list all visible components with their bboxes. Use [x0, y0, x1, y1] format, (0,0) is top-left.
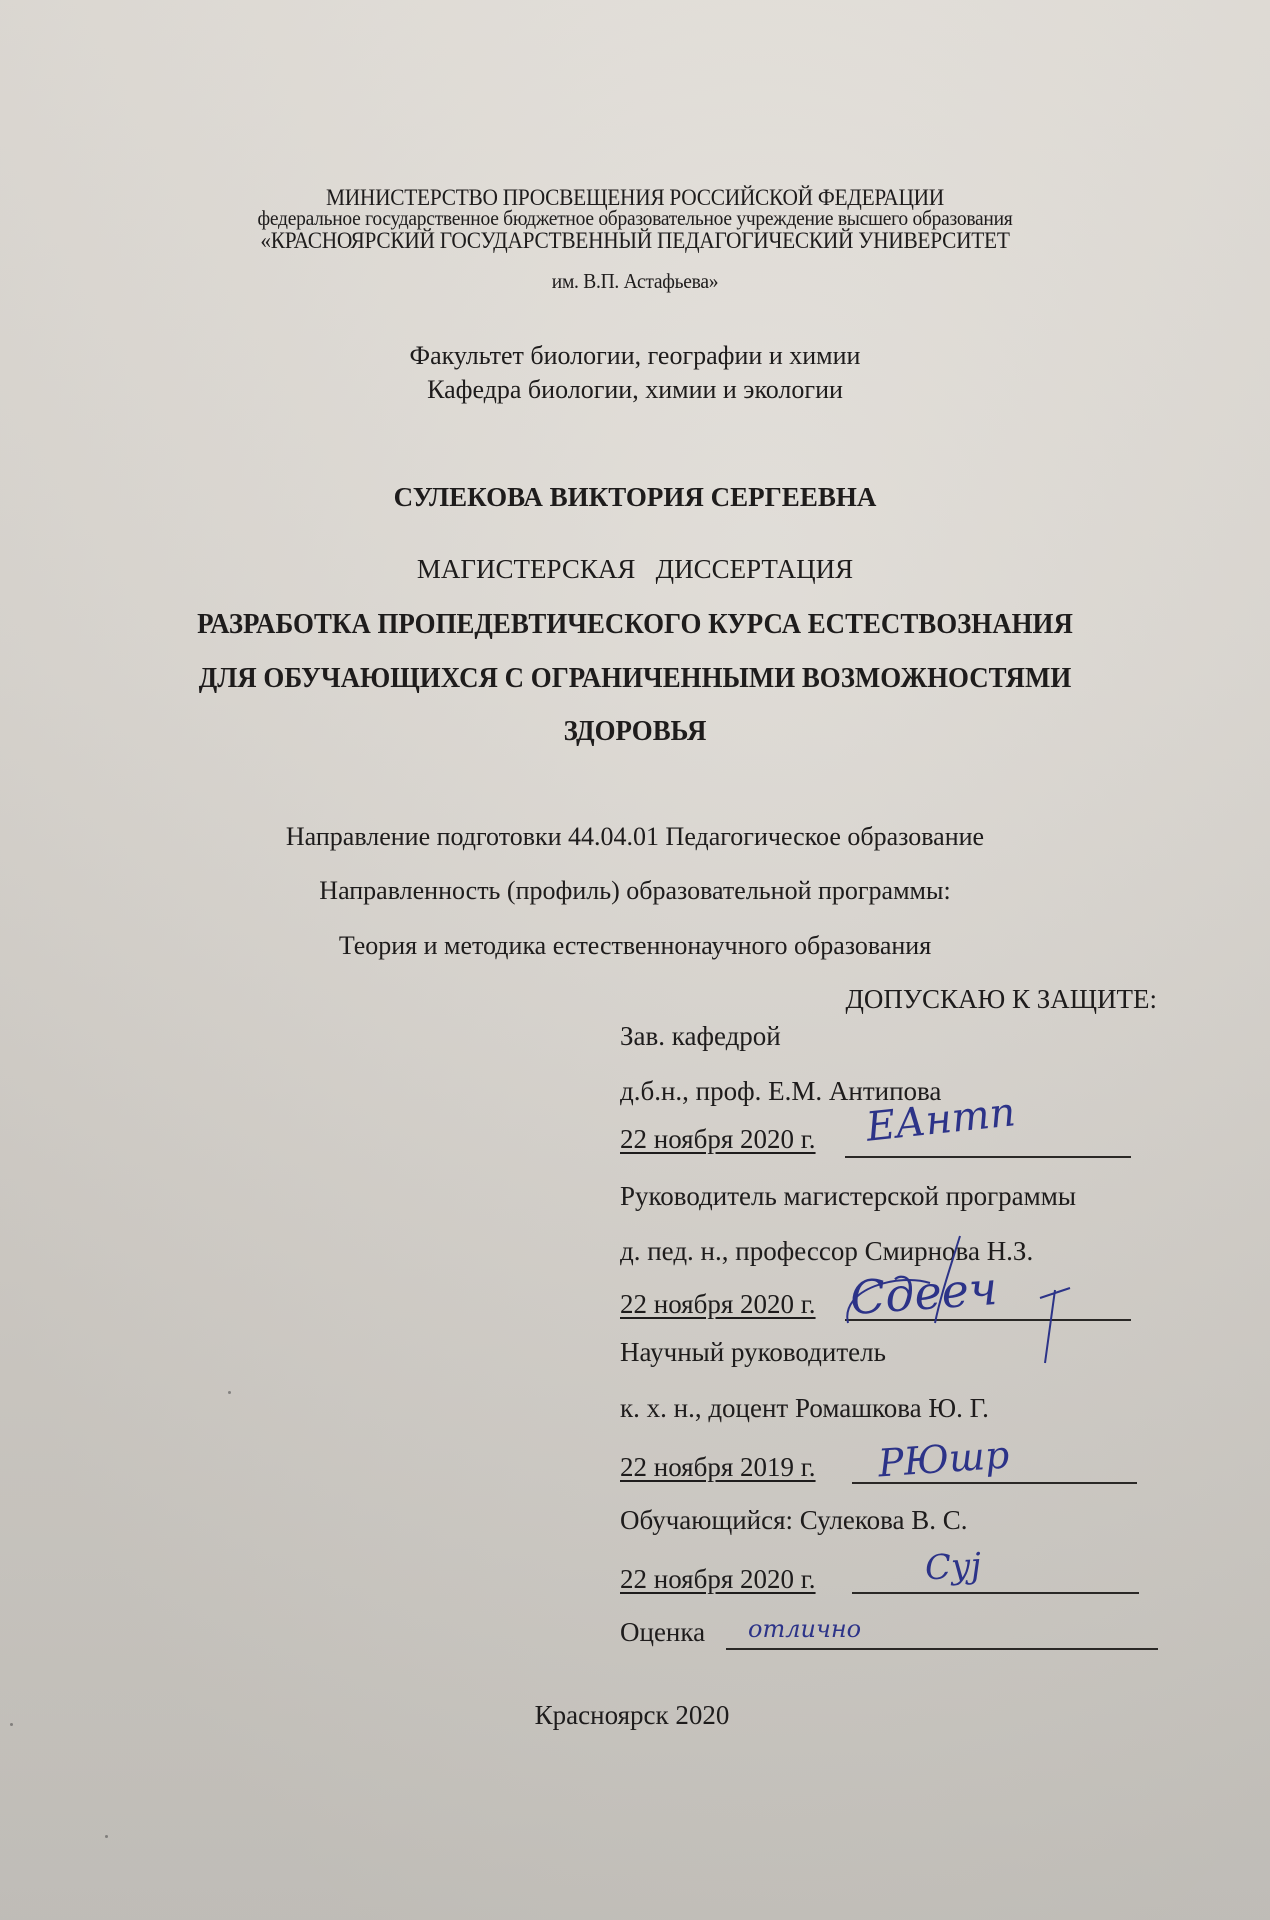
paper-speck	[228, 1391, 231, 1394]
thesis-title-line-2: ДЛЯ ОБУЧАЮЩИХСЯ С ОГРАНИЧЕННЫМИ ВОЗМОЖНО…	[25, 665, 1244, 693]
university-name: «КРАСНОЯРСКИЙ ГОСУДАРСТВЕННЫЙ ПЕДАГОГИЧЕ…	[44, 229, 1225, 252]
university-named-after: им. В.П. Астафьева»	[44, 271, 1225, 292]
signature-3: РЮшр	[877, 1435, 1011, 1482]
signatory-2-date: 22 ноября 2020 г.	[620, 1291, 816, 1318]
program-focus-label: Направленность (профиль) образовательной…	[0, 878, 1270, 904]
signatory-4-role: Обучающийся:	[620, 1505, 793, 1535]
signatory-4-date: 22 ноября 2020 г.	[620, 1566, 816, 1593]
signatory-1-date: 22 ноября 2020 г.	[620, 1126, 816, 1153]
paper-speck	[105, 1835, 108, 1838]
paper-speck	[10, 1723, 13, 1726]
city-year: Красноярск 2020	[0, 1702, 1267, 1729]
signatory-4-role-and-person: Обучающийся: Сулекова В. С.	[620, 1507, 968, 1534]
author-name: СУЛЕКОВА ВИКТОРИЯ СЕРГЕЕВНА	[0, 484, 1270, 511]
signatory-3-role: Научный руководитель	[620, 1339, 886, 1366]
thesis-title-line-1: РАЗРАБОТКА ПРОПЕДЕВТИЧЕСКОГО КУРСА ЕСТЕС…	[25, 611, 1244, 639]
work-type: МАГИСТЕРСКАЯ ДИССЕРТАЦИЯ	[0, 556, 1270, 583]
institution-type: федеральное государственное бюджетное об…	[44, 208, 1225, 229]
program-focus-value: Теория и методика естественнонаучного об…	[0, 933, 1270, 959]
signature-line-4	[852, 1592, 1139, 1594]
department-name: Кафедра биологии, химии и экологии	[0, 377, 1270, 403]
grade-label: Оценка	[620, 1619, 705, 1646]
signatory-4-person: Сулекова В. С.	[800, 1505, 968, 1535]
faculty-name: Факультет биологии, географии и химии	[0, 343, 1270, 369]
signatory-3-person: к. х. н., доцент Ромашкова Ю. Г.	[620, 1395, 989, 1422]
program-direction: Направление подготовки 44.04.01 Педагоги…	[0, 824, 1270, 850]
signatory-3-date: 22 ноября 2019 г.	[620, 1454, 816, 1481]
signatory-2-role: Руководитель магистерской программы	[620, 1183, 1076, 1210]
thesis-title-line-3: ЗДОРОВЬЯ	[25, 718, 1244, 746]
grade-line	[726, 1648, 1158, 1650]
signatory-1-role: Зав. кафедрой	[620, 1023, 781, 1050]
signature-line-1	[845, 1156, 1131, 1158]
grade-value: отлично	[748, 1617, 861, 1641]
signature-4: Суj	[924, 1549, 982, 1586]
approval-heading: ДОПУСКАЮ К ЗАЩИТЕ:	[797, 986, 1157, 1013]
